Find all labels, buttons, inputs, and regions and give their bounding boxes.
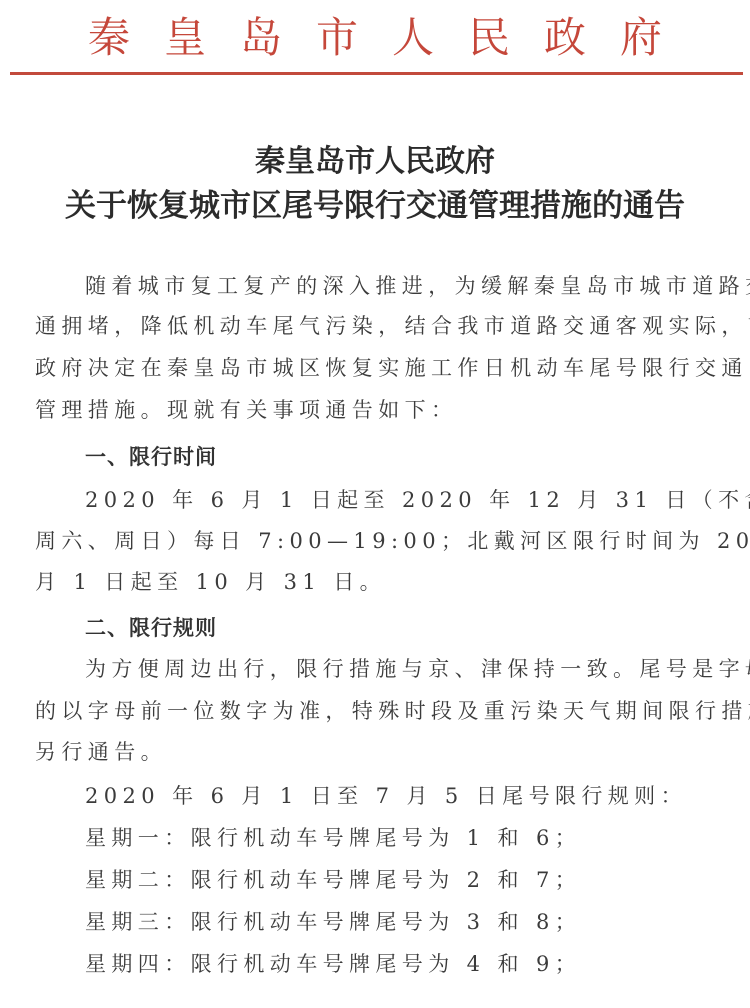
intro-line: 通拥堵，降低机动车尾气污染，结合我市道路交通客观实际，市 [35,312,735,340]
red-rule-divider [10,72,743,75]
section-line: 2020 年 6 月 1 日起至 2020 年 12 月 31 日（不含法定节假… [85,486,750,514]
schedule-item-tuesday: 星期二：限行机动车号牌尾号为 2 和 7； [85,866,750,894]
section-line: 的以字母前一位数字为准，特殊时段及重污染天气期间限行措施 [35,697,735,725]
schedule-item-wednesday: 星期三：限行机动车号牌尾号为 3 和 8； [85,908,750,936]
section-line: 周六、周日）每日 7:00—19:00；北戴河区限行时间为 2020 年 6 [35,527,735,555]
intro-line: 随着城市复工复产的深入推进，为缓解秦皇岛市城市道路交 [85,272,750,300]
masthead-title: 秦皇岛市人民政府 [54,8,696,68]
schedule-title: 2020 年 6 月 1 日至 7 月 5 日尾号限行规则： [85,782,750,810]
section-line: 为方便周边出行，限行措施与京、津保持一致。尾号是字母 [85,655,750,683]
section-heading-rules: 二、限行规则 [85,614,217,642]
schedule-item-monday: 星期一：限行机动车号牌尾号为 1 和 6； [85,824,750,852]
masthead: 秦皇岛市人民政府 [0,8,750,68]
document-title-issuer: 秦皇岛市人民政府 [0,136,750,180]
section-heading-time: 一、限行时间 [85,443,217,471]
schedule-item-thursday: 星期四：限行机动车号牌尾号为 4 和 9； [85,950,750,978]
intro-line: 管理措施。现就有关事项通告如下： [35,396,735,424]
section-line: 月 1 日起至 10 月 31 日。 [35,568,735,596]
section-line: 另行通告。 [35,738,735,766]
document-title-subject: 关于恢复城市区尾号限行交通管理措施的通告 [0,180,750,225]
intro-line: 政府决定在秦皇岛市城区恢复实施工作日机动车尾号限行交通 [35,354,735,382]
